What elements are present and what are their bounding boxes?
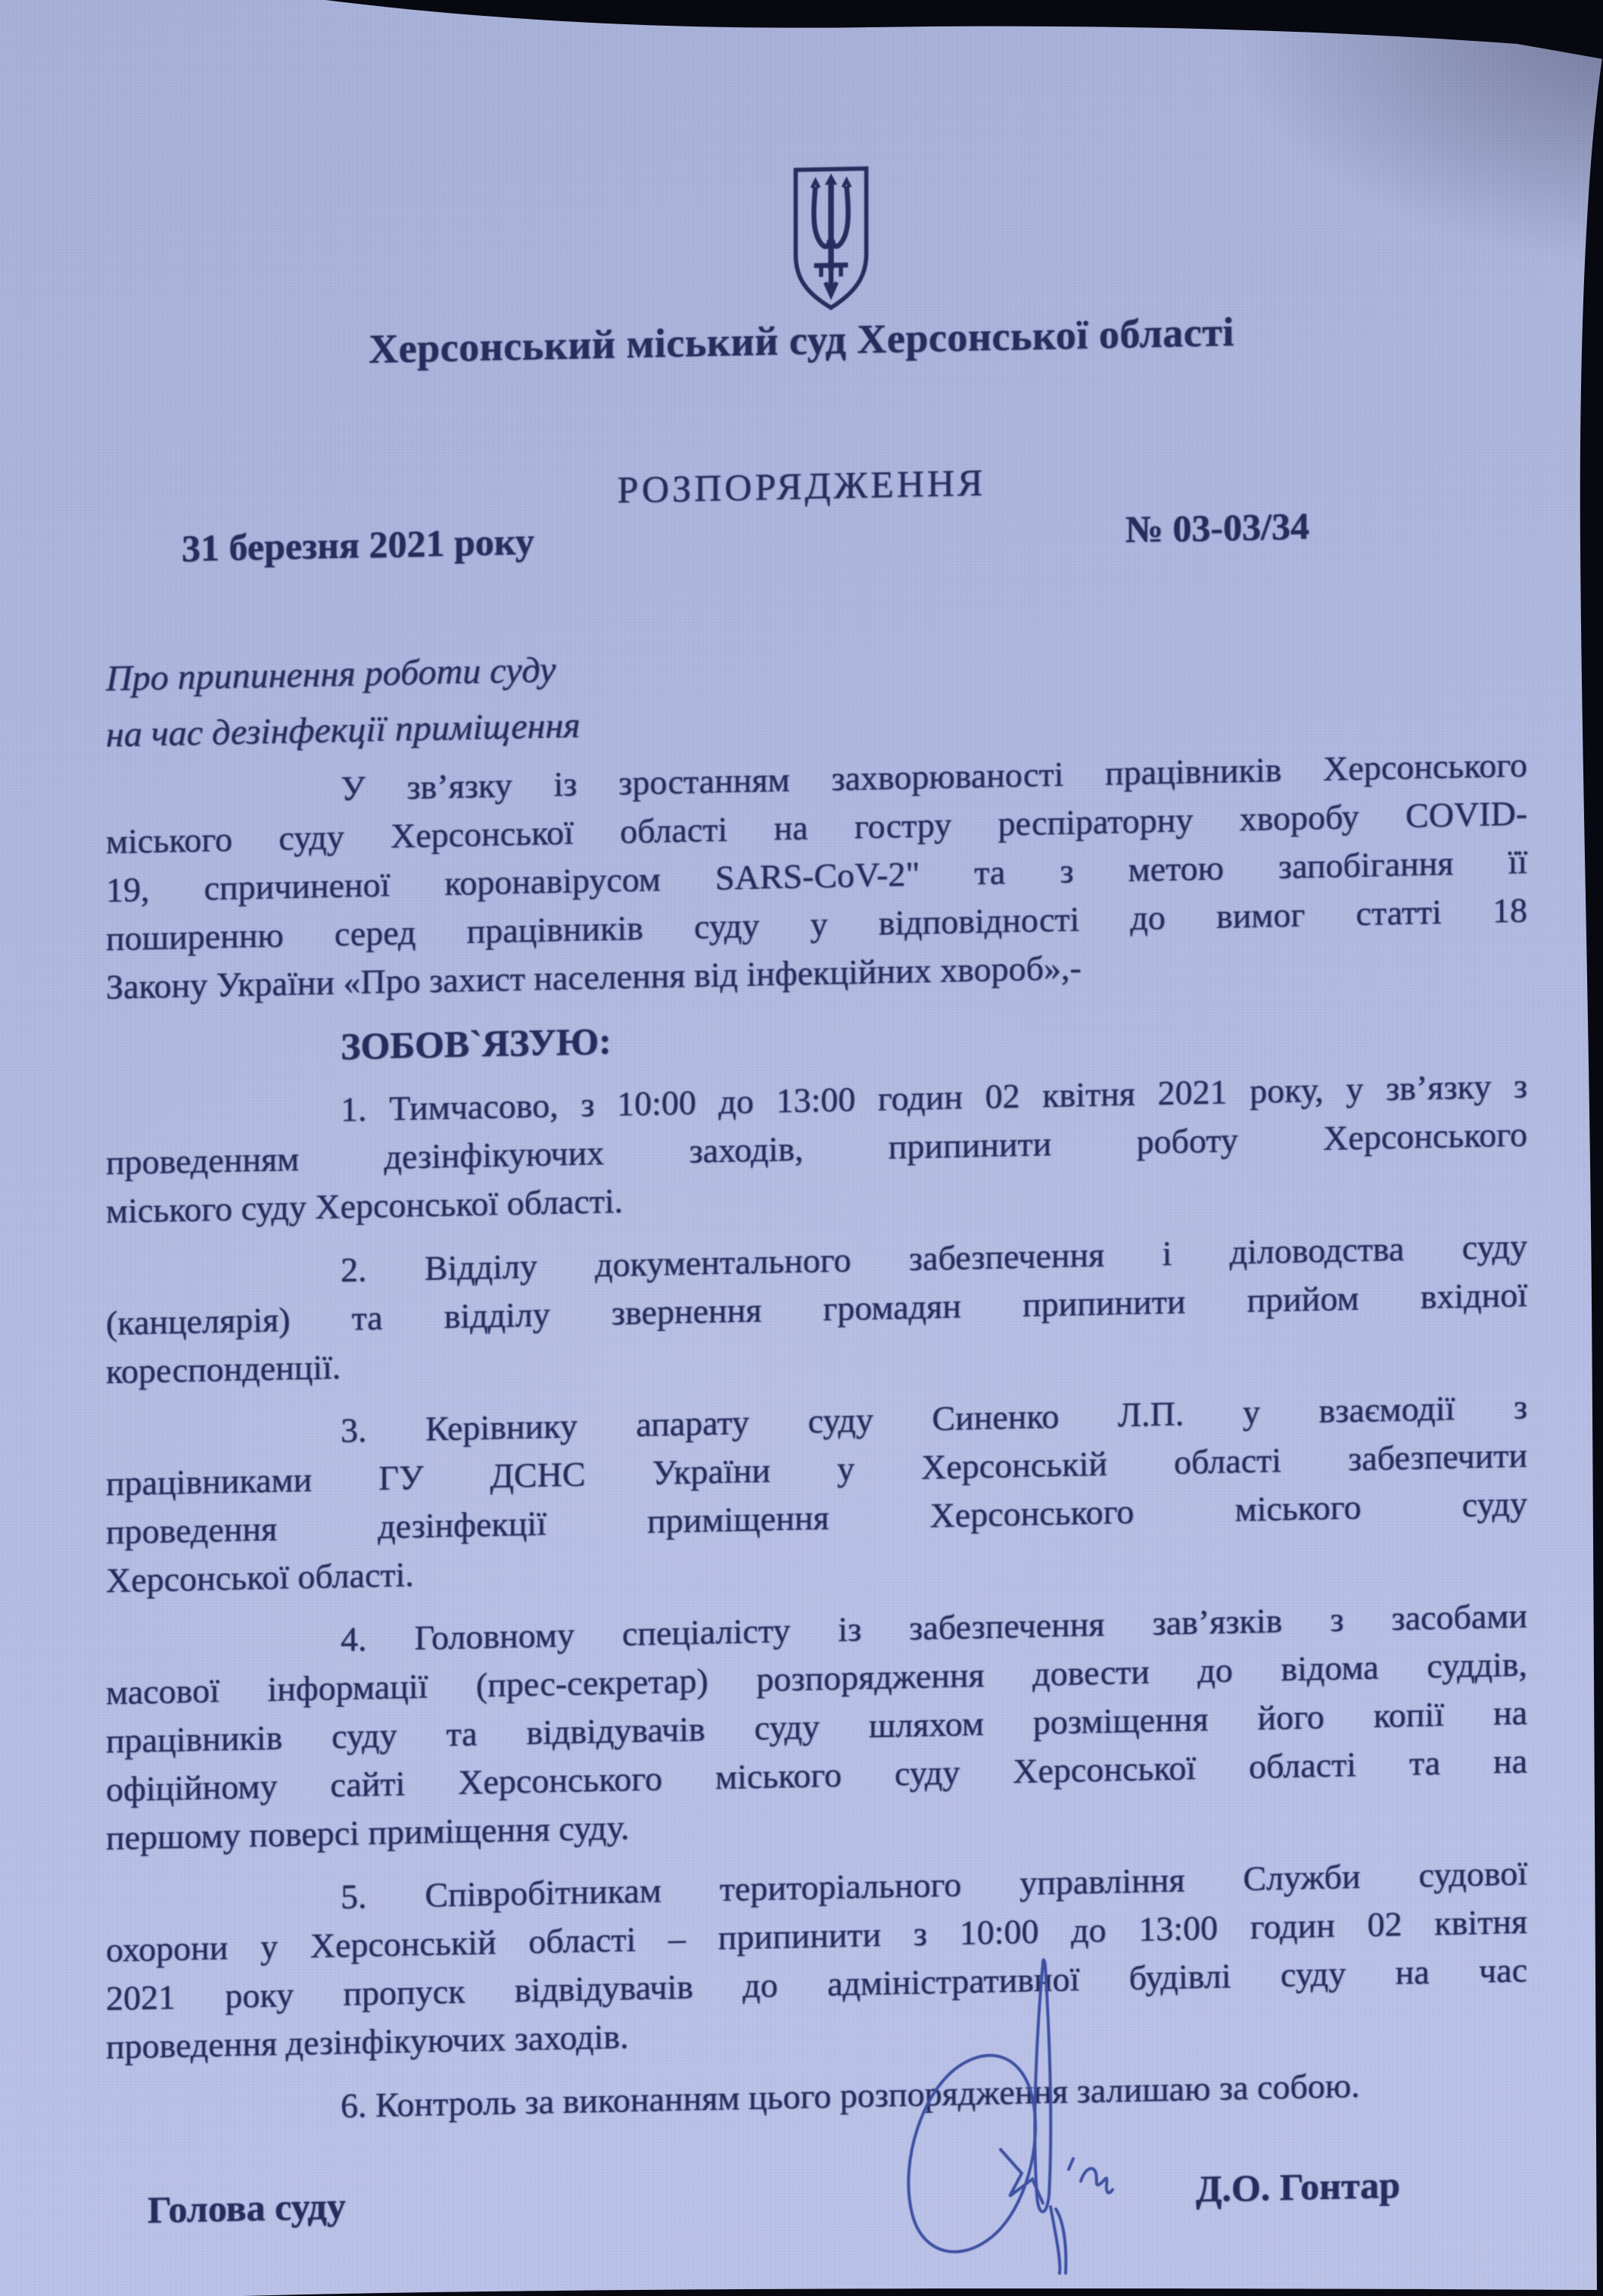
ukraine-trident-emblem-icon (783, 164, 879, 315)
document-subject: Про припинення роботи суду на час дезінф… (106, 642, 581, 764)
photographed-court-order: Херсонський міський суд Херсонської обла… (0, 0, 1603, 2296)
order-item-paragraph: 3. Керівнику апарату суду Синенко Л.П. у… (106, 1382, 1527, 1605)
document-number: № 03-03/34 (1125, 503, 1309, 551)
order-item-paragraph: 1. Тимчасово, з 10:00 до 13:00 годин 02 … (106, 1061, 1527, 1235)
document-content: Херсонський міський суд Херсонської обла… (0, 0, 1603, 2296)
order-item-paragraph: 6. Контроль за виконанням цього розпоряд… (106, 2058, 1527, 2135)
document-body: У зв’язку із зростанням захворюваності п… (106, 740, 1527, 2150)
subject-line: на час дезінфекції приміщення (106, 698, 581, 764)
text-line: ЗОБОВ`ЯЗУЮ: (106, 998, 1527, 1075)
handwritten-signature (870, 1944, 1135, 2279)
subject-line: Про припинення роботи суду (106, 642, 581, 708)
document-date: 31 березня 2021 року (182, 519, 534, 570)
signer-position: Голова суду (148, 2183, 346, 2232)
order-item-paragraph: 5. Співробітникам територіального управл… (106, 1849, 1527, 2071)
intro-paragraph: У зв’язку із зростанням захворюваності п… (106, 740, 1527, 1011)
signer-name: Д.О. Гонтар (1196, 2162, 1400, 2211)
text-line: 6. Контроль за виконанням цього розпоряд… (106, 2058, 1527, 2135)
resolution-heading: ЗОБОВ`ЯЗУЮ: (106, 998, 1527, 1075)
order-item-paragraph: 4. Головному спеціалісту із забезпечення… (106, 1591, 1527, 1862)
order-item-paragraph: 2. Відділу документального забезпечення … (106, 1222, 1527, 1396)
signature-row: Голова суду Д.О. Гонтар (0, 2157, 1603, 2235)
